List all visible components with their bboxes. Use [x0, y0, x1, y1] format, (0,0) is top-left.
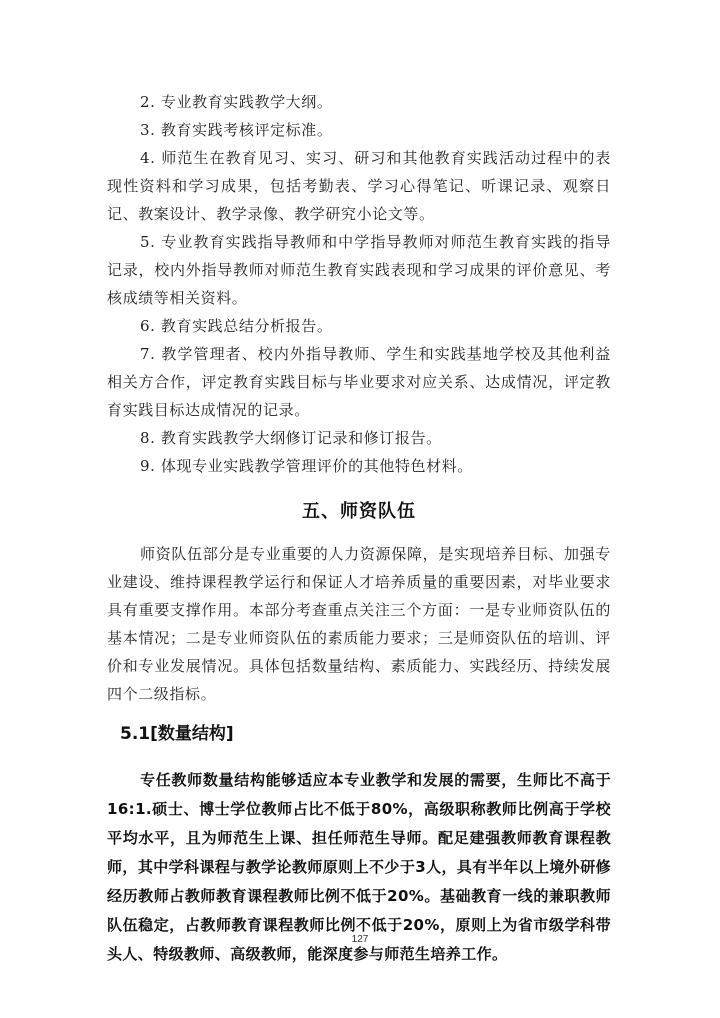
section-title: 五、师资队伍 [107, 498, 611, 526]
list-item-5: 5. 专业教育实践指导教师和中学指导教师对师范生教育实践的指导记录，校内外指导教… [107, 228, 611, 312]
document-page: 2. 专业教育实践教学大纲。 3. 教育实践考核评定标准。 4. 师范生在教育见… [107, 88, 611, 969]
list-item-7: 7. 教学管理者、校内外指导教师、学生和实践基地学校及其他利益相关方合作，评定教… [107, 340, 611, 424]
list-item-8: 8. 教育实践教学大纲修订记录和修订报告。 [107, 424, 611, 452]
list-item-3: 3. 教育实践考核评定标准。 [107, 116, 611, 144]
list-item-4: 4. 师范生在教育见习、实习、研习和其他教育实践活动过程中的表现性资料和学习成果… [107, 144, 611, 228]
page-number: 127 [0, 934, 720, 945]
list-item-9: 9. 体现专业实践教学管理评价的其他特色材料。 [107, 452, 611, 480]
list-item-2: 2. 专业教育实践教学大纲。 [107, 88, 611, 116]
section-intro: 师资队伍部分是专业重要的人力资源保障，是实现培养目标、加强专业建设、维持课程教学… [107, 540, 611, 708]
subsection-title: 5.1[数量结构] [107, 720, 611, 748]
list-item-6: 6. 教育实践总结分析报告。 [107, 312, 611, 340]
